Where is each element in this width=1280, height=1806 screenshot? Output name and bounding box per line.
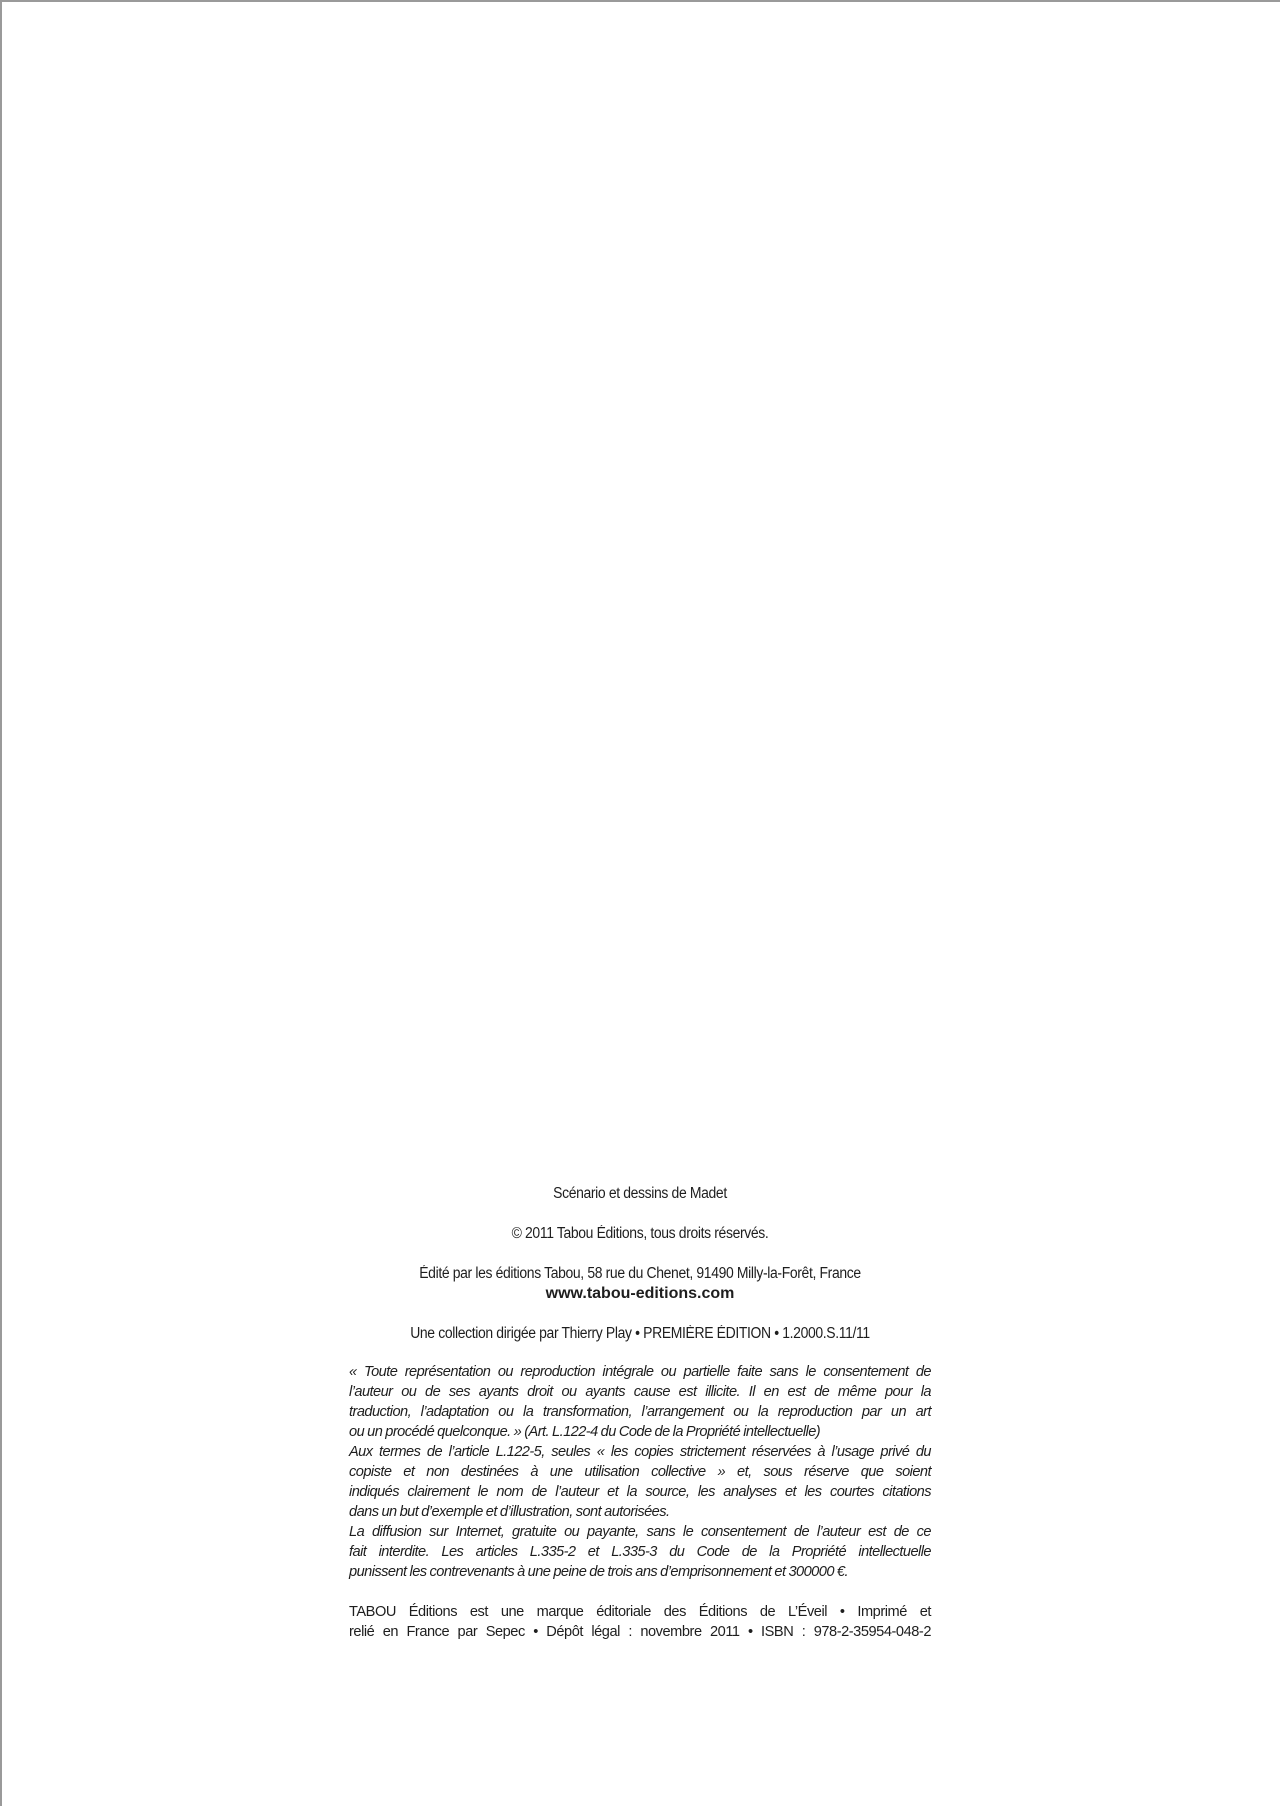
author-credit: Scénario et dessins de Madet (378, 1184, 902, 1204)
legal-line: l’auteur ou de ses ayants droit ou ayant… (349, 1382, 931, 1402)
legal-line: « Toute représentation ou reproduction i… (349, 1362, 931, 1382)
legal-line: La diffusion sur Internet, gratuite ou p… (349, 1522, 931, 1542)
legal-line: fait interdite. Les articles L.335-2 et … (349, 1542, 931, 1562)
legal-line: dans un but d’exemple et d’illustration,… (349, 1502, 931, 1522)
copyright-notice: © 2011 Tabou Éditions, tous droits réser… (378, 1224, 902, 1244)
legal-line: traduction, l’adaptation ou la transform… (349, 1402, 931, 1422)
collection-info: Une collection dirigée par Thierry Play … (378, 1324, 902, 1344)
publisher-website-link[interactable]: www.tabou-editions.com (349, 1284, 931, 1304)
legal-line: ou un procédé quelconque. » (Art. L.122-… (349, 1422, 931, 1442)
imprint-line: relié en France par Sepec • Dépôt légal … (349, 1622, 931, 1642)
legal-line: punissent les contrevenants à une peine … (349, 1562, 931, 1582)
legal-line: Aux termes de l’article L.122-5, seules … (349, 1442, 931, 1462)
colophon-block: Scénario et dessins de Madet © 2011 Tabo… (349, 1184, 931, 1642)
publisher-address: Édité par les éditions Tabou, 58 rue du … (378, 1264, 902, 1284)
imprint-info: TABOU Éditions est une marque éditoriale… (349, 1602, 931, 1642)
legal-line: indiqués clairement le nom de l’auteur e… (349, 1482, 931, 1502)
legal-notice: « Toute représentation ou reproduction i… (349, 1362, 931, 1582)
legal-line: copiste et non destinées à une utilisati… (349, 1462, 931, 1482)
imprint-line: TABOU Éditions est une marque éditoriale… (349, 1602, 931, 1622)
